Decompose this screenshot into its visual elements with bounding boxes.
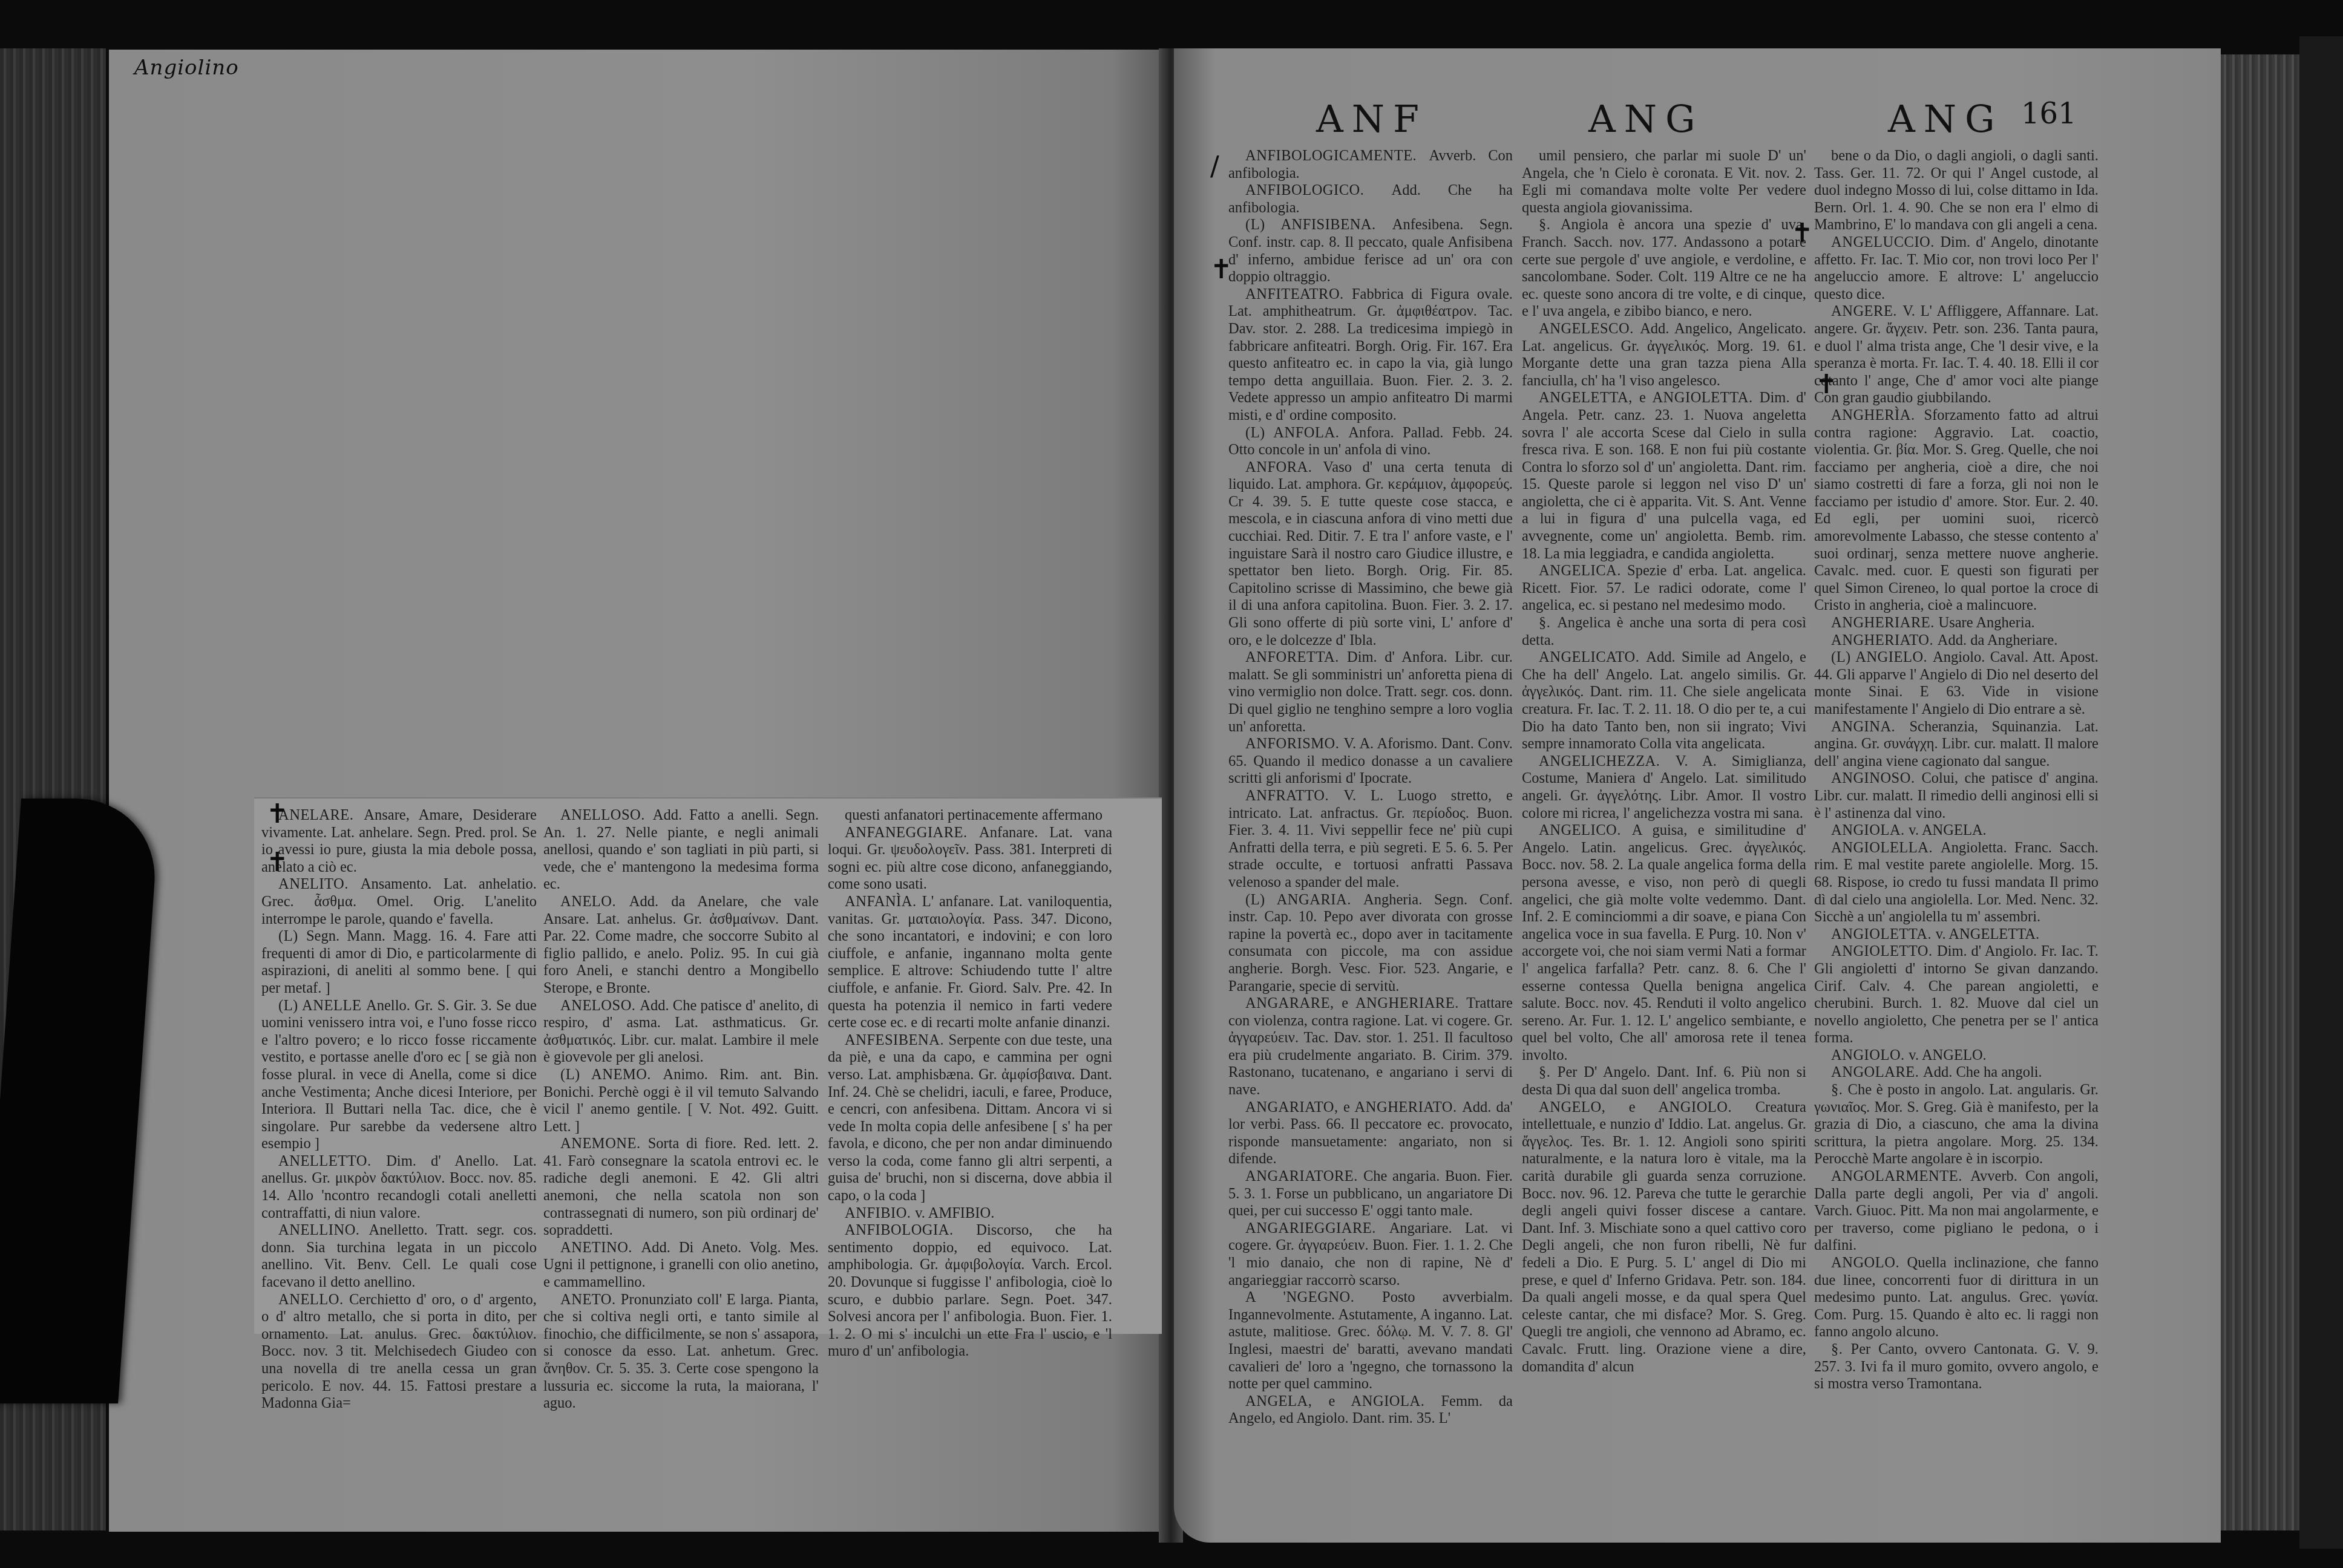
entry-headword: ANGHERIARE. xyxy=(1831,615,1939,631)
entry-headword: (L) ANFOLA. xyxy=(1245,425,1348,441)
entry-text: Fabbrica di Figura ovale. Lat. amphithea… xyxy=(1228,286,1513,423)
entry-headword: ANGARIATORE. xyxy=(1245,1168,1363,1184)
dictionary-entry: ANGELICO. A guisa, e similitudine d' Ang… xyxy=(1522,822,1806,1064)
entry-headword: ANGELESCO. xyxy=(1539,321,1640,337)
dictionary-entry: ANGINOSO. Colui, che patisce d' angina. … xyxy=(1814,770,2099,822)
entry-headword: ANELOSO. xyxy=(560,998,640,1014)
entry-headword: ANFESIBENA. xyxy=(845,1032,949,1048)
dictionary-entry: (L) ANGARIA. Angheria. Segn. Conf. instr… xyxy=(1228,892,1513,996)
dictionary-entry: §. Per Canto, ovvero Cantonata. G. V. 9.… xyxy=(1814,1341,2099,1393)
dictionary-entry: ANFRATTO. V. L. Luogo stretto, e intrica… xyxy=(1228,788,1513,892)
entry-headword: ANGOLARMENTE. xyxy=(1831,1168,1970,1184)
entry-text: Dim. d' Angela. Petr. canz. 23. 1. Nuova… xyxy=(1522,390,1806,561)
dictionary-entry: ANGIOLETTO. Dim. d' Angiolo. Fr. Iac. T.… xyxy=(1814,943,2099,1047)
dictionary-entry: ANGIOLO. v. ANGELO. xyxy=(1814,1047,2099,1065)
entry-text: Angiola è ancora una spezie d' uva. Fran… xyxy=(1522,217,1806,319)
running-head-left: ANF xyxy=(1316,97,1427,141)
entry-headword: ANELLINO. xyxy=(278,1222,369,1238)
page-column-3: bene o da Dio, o dagli angioli, o dagli … xyxy=(1814,148,2099,1393)
entry-text: umil pensiero, che parlar mi suole D' un… xyxy=(1522,148,1806,216)
entry-headword: ANFORISMO. xyxy=(1245,736,1344,752)
dictionary-entry: ANELO. Add. da Anelare, che vale Ansare.… xyxy=(543,893,819,998)
dictionary-entry: ANELOSO. Add. Che patisce d' anelito, di… xyxy=(543,998,819,1067)
page-number: 161 xyxy=(2021,97,2077,131)
dictionary-entry: ANFESIBENA. Serpente con due teste, una … xyxy=(828,1032,1112,1205)
dictionary-entry: ANELLINO. Anelletto. Tratt. segr. cos. d… xyxy=(261,1222,537,1291)
dictionary-entry: §. Che è posto in angolo. Lat. angularis… xyxy=(1814,1082,2099,1168)
entry-headword: ANGOLARE. xyxy=(1831,1064,1923,1080)
dictionary-entry: ANELLO. Cerchietto d' oro, o d' argento,… xyxy=(261,1292,537,1413)
entry-text: Per Canto, ovvero Cantonata. G. V. 9. 25… xyxy=(1814,1341,2099,1392)
entry-headword: §. xyxy=(1539,615,1557,631)
entry-headword: ANGIOLETTO. xyxy=(1831,943,1937,959)
entry-headword: ANELO. xyxy=(560,893,629,910)
entry-headword: ANELLO. xyxy=(278,1292,349,1308)
dictionary-entry: ANGARIATO, e ANGHERIATO. Add. da' lor ve… xyxy=(1228,1099,1513,1168)
dictionary-entry: ANGELO, e ANGIOLO. Creatura intellettual… xyxy=(1522,1099,1806,1376)
entry-headword: ANGELETTA, e ANGIOLETTA. xyxy=(1539,390,1760,406)
dictionary-entry: ANELLOSO. Add. Fatto a anelli. Segn. An.… xyxy=(543,807,819,893)
dictionary-entry: ANGELA, e ANGIOLA. Femm. da Angelo, ed A… xyxy=(1228,1393,1513,1428)
dictionary-entry: ANGHERÌA. Sforzamento fatto ad altrui co… xyxy=(1814,407,2099,615)
entry-headword: ANFIBOLOGIA. xyxy=(845,1222,976,1238)
entry-headword: (L) ANFISIBENA. xyxy=(1245,217,1392,233)
entry-headword: §. xyxy=(1831,1082,1848,1098)
entry-headword: ANGIOLA. xyxy=(1831,822,1909,838)
entry-headword: ANELLETTO. xyxy=(278,1153,386,1169)
strip-column-1: ANELARE. Ansare, Amare, Desiderare vivam… xyxy=(261,807,537,1413)
dictionary-entry: (L) Segn. Mann. Magg. 16. 4. Fare atti f… xyxy=(261,928,537,997)
book-cover-edge xyxy=(2299,36,2343,1549)
dictionary-entry: ANFORA. Vaso d' una certa tenuta di liqu… xyxy=(1228,459,1513,650)
page-column-1: ANFIBOLOGICAMENTE. Avverb. Con anfibolog… xyxy=(1228,148,1513,1428)
dictionary-entry: ANGELESCO. Add. Angelico, Angelicato. La… xyxy=(1522,321,1806,390)
entry-text: Anello. Gr. S. Gir. 3. Se due uomini ven… xyxy=(261,998,537,1152)
entry-text: A guisa, e similitudine d' Angelo. Latin… xyxy=(1522,822,1806,1063)
entry-headword: §. xyxy=(1831,1341,1851,1357)
entry-text: Che è posto in angolo. Lat. angularis. G… xyxy=(1814,1082,2099,1167)
entry-headword: ANGARIEGGIARE. xyxy=(1245,1220,1389,1236)
entry-headword: §. xyxy=(1539,1064,1558,1080)
dictionary-entry: §. Angelica è anche una sorta di pera co… xyxy=(1522,615,1806,649)
margin-cross-mark: ✝ xyxy=(1791,218,1814,249)
entry-headword: A 'NGEGNO. xyxy=(1245,1289,1382,1305)
entry-text: Sforzamento fatto ad altrui contra ragio… xyxy=(1814,407,2099,614)
dictionary-entry: ANELITO. Ansamento. Lat. anhelatio. Grec… xyxy=(261,876,537,928)
margin-cross-mark: ✝ xyxy=(266,847,289,878)
entry-text: questi anfanatori pertinacemente afferma… xyxy=(845,807,1103,823)
entry-headword: ANGOLO. xyxy=(1831,1255,1907,1271)
dictionary-entry: ANGHERIATO. Add. da Angheriare. xyxy=(1814,632,2099,650)
dictionary-entry: ANFANÌA. L' anfanare. Lat. vaniloquentia… xyxy=(828,893,1112,1032)
entry-headword: ANGHERÌA. xyxy=(1831,407,1924,423)
page-column-2: umil pensiero, che parlar mi suole D' un… xyxy=(1522,148,1806,1376)
entry-headword: ANETO. xyxy=(560,1292,621,1308)
entry-headword: ANFORA. xyxy=(1245,459,1323,475)
dictionary-entry: ANFORISMO. V. A. Aforismo. Dant. Conv. 6… xyxy=(1228,736,1513,788)
entry-text: Add. Che ha angoli. xyxy=(1923,1064,2042,1080)
dictionary-entry: ANFIBOLOGIA. Discorso, che ha sentimento… xyxy=(828,1222,1112,1361)
dictionary-entry: ANELARE. Ansare, Amare, Desiderare vivam… xyxy=(261,807,537,876)
entry-headword: ANGELICATO. xyxy=(1539,649,1646,665)
entry-text: Serpente con due teste, una da piè, e un… xyxy=(828,1032,1112,1204)
entry-text: Creatura intellettuale, e nunzio d' Iddi… xyxy=(1522,1099,1806,1375)
entry-headword: ANELITO. xyxy=(278,876,361,892)
handwritten-note: Angiolino xyxy=(134,56,239,80)
entry-headword: ANGELO, e ANGIOLO. xyxy=(1539,1099,1755,1116)
entry-headword: ANGELUCCIO. xyxy=(1831,234,1940,250)
entry-headword: ANFIBOLOGICO. xyxy=(1245,182,1392,198)
dictionary-entry: ANELLETTO. Dim. d' Anello. Lat. anellus.… xyxy=(261,1153,537,1222)
dictionary-entry: ANGELUCCIO. Dim. d' Angelo, dinotante af… xyxy=(1814,234,2099,303)
entry-headword: (L) ANEMO. xyxy=(560,1067,663,1083)
entry-text: Usare Angheria. xyxy=(1939,615,2035,631)
dictionary-entry: ANFITEATRO. Fabbrica di Figura ovale. La… xyxy=(1228,286,1513,425)
dictionary-entry: ANGOLO. Quella inclinazione, che fanno d… xyxy=(1814,1255,2099,1341)
entry-headword: ANGHERIATO. xyxy=(1831,632,1938,648)
entry-text: Cerchietto d' oro, o d' argento, o d' al… xyxy=(261,1292,537,1412)
dictionary-entry: ANGIOLELLA. Angioletta. Franc. Sacch. ri… xyxy=(1814,840,2099,926)
dictionary-entry: ANGELETTA, e ANGIOLETTA. Dim. d' Angela.… xyxy=(1522,390,1806,563)
entry-headword: ANELARE. xyxy=(278,807,364,823)
dictionary-entry: ANGINA. Scheranzia, Squinanzia. Lat. ang… xyxy=(1814,719,2099,771)
dictionary-entry: ANGERE. V. L' Affliggere, Affannare. Lat… xyxy=(1814,303,2099,407)
entry-text: v. AMFIBIO. xyxy=(915,1205,994,1221)
entry-headword: ANGIOLETTA. xyxy=(1831,926,1936,942)
entry-text: L' anfanare. Lat. vaniloquentia, vanitas… xyxy=(828,893,1112,1031)
entry-headword: (L) xyxy=(278,928,306,944)
entry-headword: ANFIBIO. xyxy=(845,1205,915,1221)
dictionary-entry: ANFIBOLOGICAMENTE. Avverb. Con anfibolog… xyxy=(1228,148,1513,182)
dictionary-entry: §. Per D' Angelo. Dant. Inf. 6. Più non … xyxy=(1522,1064,1806,1099)
margin-cross-mark: ✝ xyxy=(1815,369,1838,400)
dictionary-entry: ANGARARE, e ANGHERIARE. Trattare con vio… xyxy=(1228,995,1513,1099)
dictionary-entry: ANFANEGGIARE. Anfanare. Lat. vana loqui.… xyxy=(828,825,1112,893)
dictionary-entry: §. Angiola è ancora una spezie d' uva. F… xyxy=(1522,217,1806,321)
entry-headword: ANGERE. xyxy=(1831,303,1902,319)
dictionary-entry: (L) ANFOLA. Anfora. Pallad. Febb. 24. Ot… xyxy=(1228,425,1513,459)
dictionary-entry: ANFIBIO. v. AMFIBIO. xyxy=(828,1205,1112,1223)
dictionary-entry: umil pensiero, che parlar mi suole D' un… xyxy=(1522,148,1806,217)
entry-text: v. ANGELETTA. xyxy=(1936,926,2039,942)
entry-text: Per D' Angelo. Dant. Inf. 6. Più non si … xyxy=(1522,1064,1806,1098)
running-head-right: ANG xyxy=(1888,97,2004,141)
entry-headword: ANGINA. xyxy=(1831,719,1909,735)
dictionary-entry: ANGIOLETTA. v. ANGELETTA. xyxy=(1814,926,2099,944)
entry-headword: ANGIOLO. xyxy=(1831,1047,1909,1063)
dictionary-entry: (L) ANEMO. Animo. Rim. ant. Bin. Bonichi… xyxy=(543,1067,819,1135)
entry-text: Angelica è anche una sorta di pera così … xyxy=(1522,615,1806,648)
entry-text: Vaso d' una certa tenuta di liquido. Lat… xyxy=(1228,459,1513,648)
pasted-text-strip: ANELARE. Ansare, Amare, Desiderare vivam… xyxy=(254,799,1162,1334)
entry-headword: ANGINOSO. xyxy=(1831,770,1922,786)
entry-headword: ANETINO. xyxy=(560,1240,641,1256)
dictionary-entry: (L) ANFISIBENA. Anfesibena. Segn. Conf. … xyxy=(1228,217,1513,286)
entry-headword: ANEMONE. xyxy=(560,1135,648,1152)
dictionary-entry: questi anfanatori pertinacemente afferma… xyxy=(828,807,1112,825)
dictionary-entry: ANGARIEGGIARE. Angariare. Lat. vi cogere… xyxy=(1228,1220,1513,1289)
entry-headword: ANGARIATO, e ANGHERIATO. xyxy=(1245,1099,1462,1116)
entry-headword: (L) ANELLE xyxy=(278,998,366,1014)
entry-headword: §. xyxy=(1539,217,1561,233)
strip-column-2: ANELLOSO. Add. Fatto a anelli. Segn. An.… xyxy=(543,807,819,1413)
entry-text: Pronunziato coll' E larga. Pianta, che s… xyxy=(543,1292,819,1412)
dictionary-entry: ANGELICATO. Add. Simile ad Angelo, e Che… xyxy=(1522,649,1806,753)
entry-text: v. ANGELA. xyxy=(1909,822,1986,838)
margin-tick-mark: / xyxy=(1210,151,1219,182)
entry-headword: ANGELICHEZZA. xyxy=(1539,753,1676,769)
entry-headword: ANFITEATRO. xyxy=(1245,286,1352,302)
entry-text: Discorso, che ha sentimento doppio, ed e… xyxy=(828,1222,1112,1359)
dictionary-entry: bene o da Dio, o dagli angioli, o dagli … xyxy=(1814,148,2099,234)
right-page-edge xyxy=(2221,54,2299,1530)
dictionary-entry: (L) ANELLE Anello. Gr. S. Gir. 3. Se due… xyxy=(261,998,537,1153)
dictionary-entry: ANFORETTA. Dim. d' Anfora. Libr. cur. ma… xyxy=(1228,649,1513,736)
entry-headword: ANGARARE, e ANGHERIARE. xyxy=(1245,995,1466,1011)
running-head-center: ANG xyxy=(1588,97,1704,141)
dictionary-entry: A 'NGEGNO. Posto avverbialm. Ingannevolm… xyxy=(1228,1289,1513,1393)
entry-text: bene o da Dio, o dagli angioli, o dagli … xyxy=(1814,148,2099,233)
entry-headword: ANELLOSO. xyxy=(560,807,653,823)
entry-headword: ANFORETTA. xyxy=(1245,649,1347,665)
dictionary-entry: ANGELICHEZZA. V. A. Simiglianza, Costume… xyxy=(1522,753,1806,822)
dictionary-entry: ANGIOLA. v. ANGELA. xyxy=(1814,822,2099,840)
dictionary-entry: ANEMONE. Sorta di fiore. Red. lett. 2. 4… xyxy=(543,1135,819,1240)
entry-headword: ANFIBOLOGICAMENTE. xyxy=(1245,148,1429,164)
entry-text: Add. da Angheriare. xyxy=(1938,632,2058,648)
entry-text: v. ANGELO. xyxy=(1909,1047,1986,1063)
dictionary-entry: ANFIBOLOGICO. Add. Che ha anfibologia. xyxy=(1228,182,1513,217)
strip-column-3: questi anfanatori pertinacemente afferma… xyxy=(828,807,1112,1361)
dictionary-entry: ANGHERIARE. Usare Angheria. xyxy=(1814,615,2099,632)
entry-headword: ANGIOLELLA. xyxy=(1831,840,1941,856)
dictionary-entry: ANGOLARMENTE. Avverb. Con angoli, Dalla … xyxy=(1814,1168,2099,1255)
entry-headword: (L) ANGIELO. xyxy=(1831,649,1933,665)
entry-headword: ANFANEGGIARE. xyxy=(845,825,979,841)
dictionary-entry: ANETINO. Add. Di Aneto. Volg. Mes. Ugni … xyxy=(543,1240,819,1292)
dictionary-entry: ANGOLARE. Add. Che ha angoli. xyxy=(1814,1064,2099,1082)
entry-headword: (L) ANGARIA. xyxy=(1245,892,1363,908)
dictionary-entry: ANGARIATORE. Che angaria. Buon. Fier. 5.… xyxy=(1228,1168,1513,1220)
dictionary-entry: (L) ANGIELO. Angiolo. Caval. Att. Apost.… xyxy=(1814,649,2099,718)
entry-headword: ANFRATTO. xyxy=(1245,788,1344,804)
dictionary-entry: ANETO. Pronunziato coll' E larga. Pianta… xyxy=(543,1292,819,1413)
entry-headword: ANGELICO. xyxy=(1539,822,1632,838)
entry-headword: ANGELICA. xyxy=(1539,563,1627,579)
margin-cross-mark: ✝ xyxy=(266,799,289,829)
dictionary-entry: ANGELICA. Spezie d' erba. Lat. angelica.… xyxy=(1522,563,1806,615)
margin-cross-mark: ✝ xyxy=(1210,254,1233,285)
entry-headword: ANGELA, e ANGIOLA. xyxy=(1245,1393,1441,1410)
entry-headword: ANFANÌA. xyxy=(845,893,922,910)
